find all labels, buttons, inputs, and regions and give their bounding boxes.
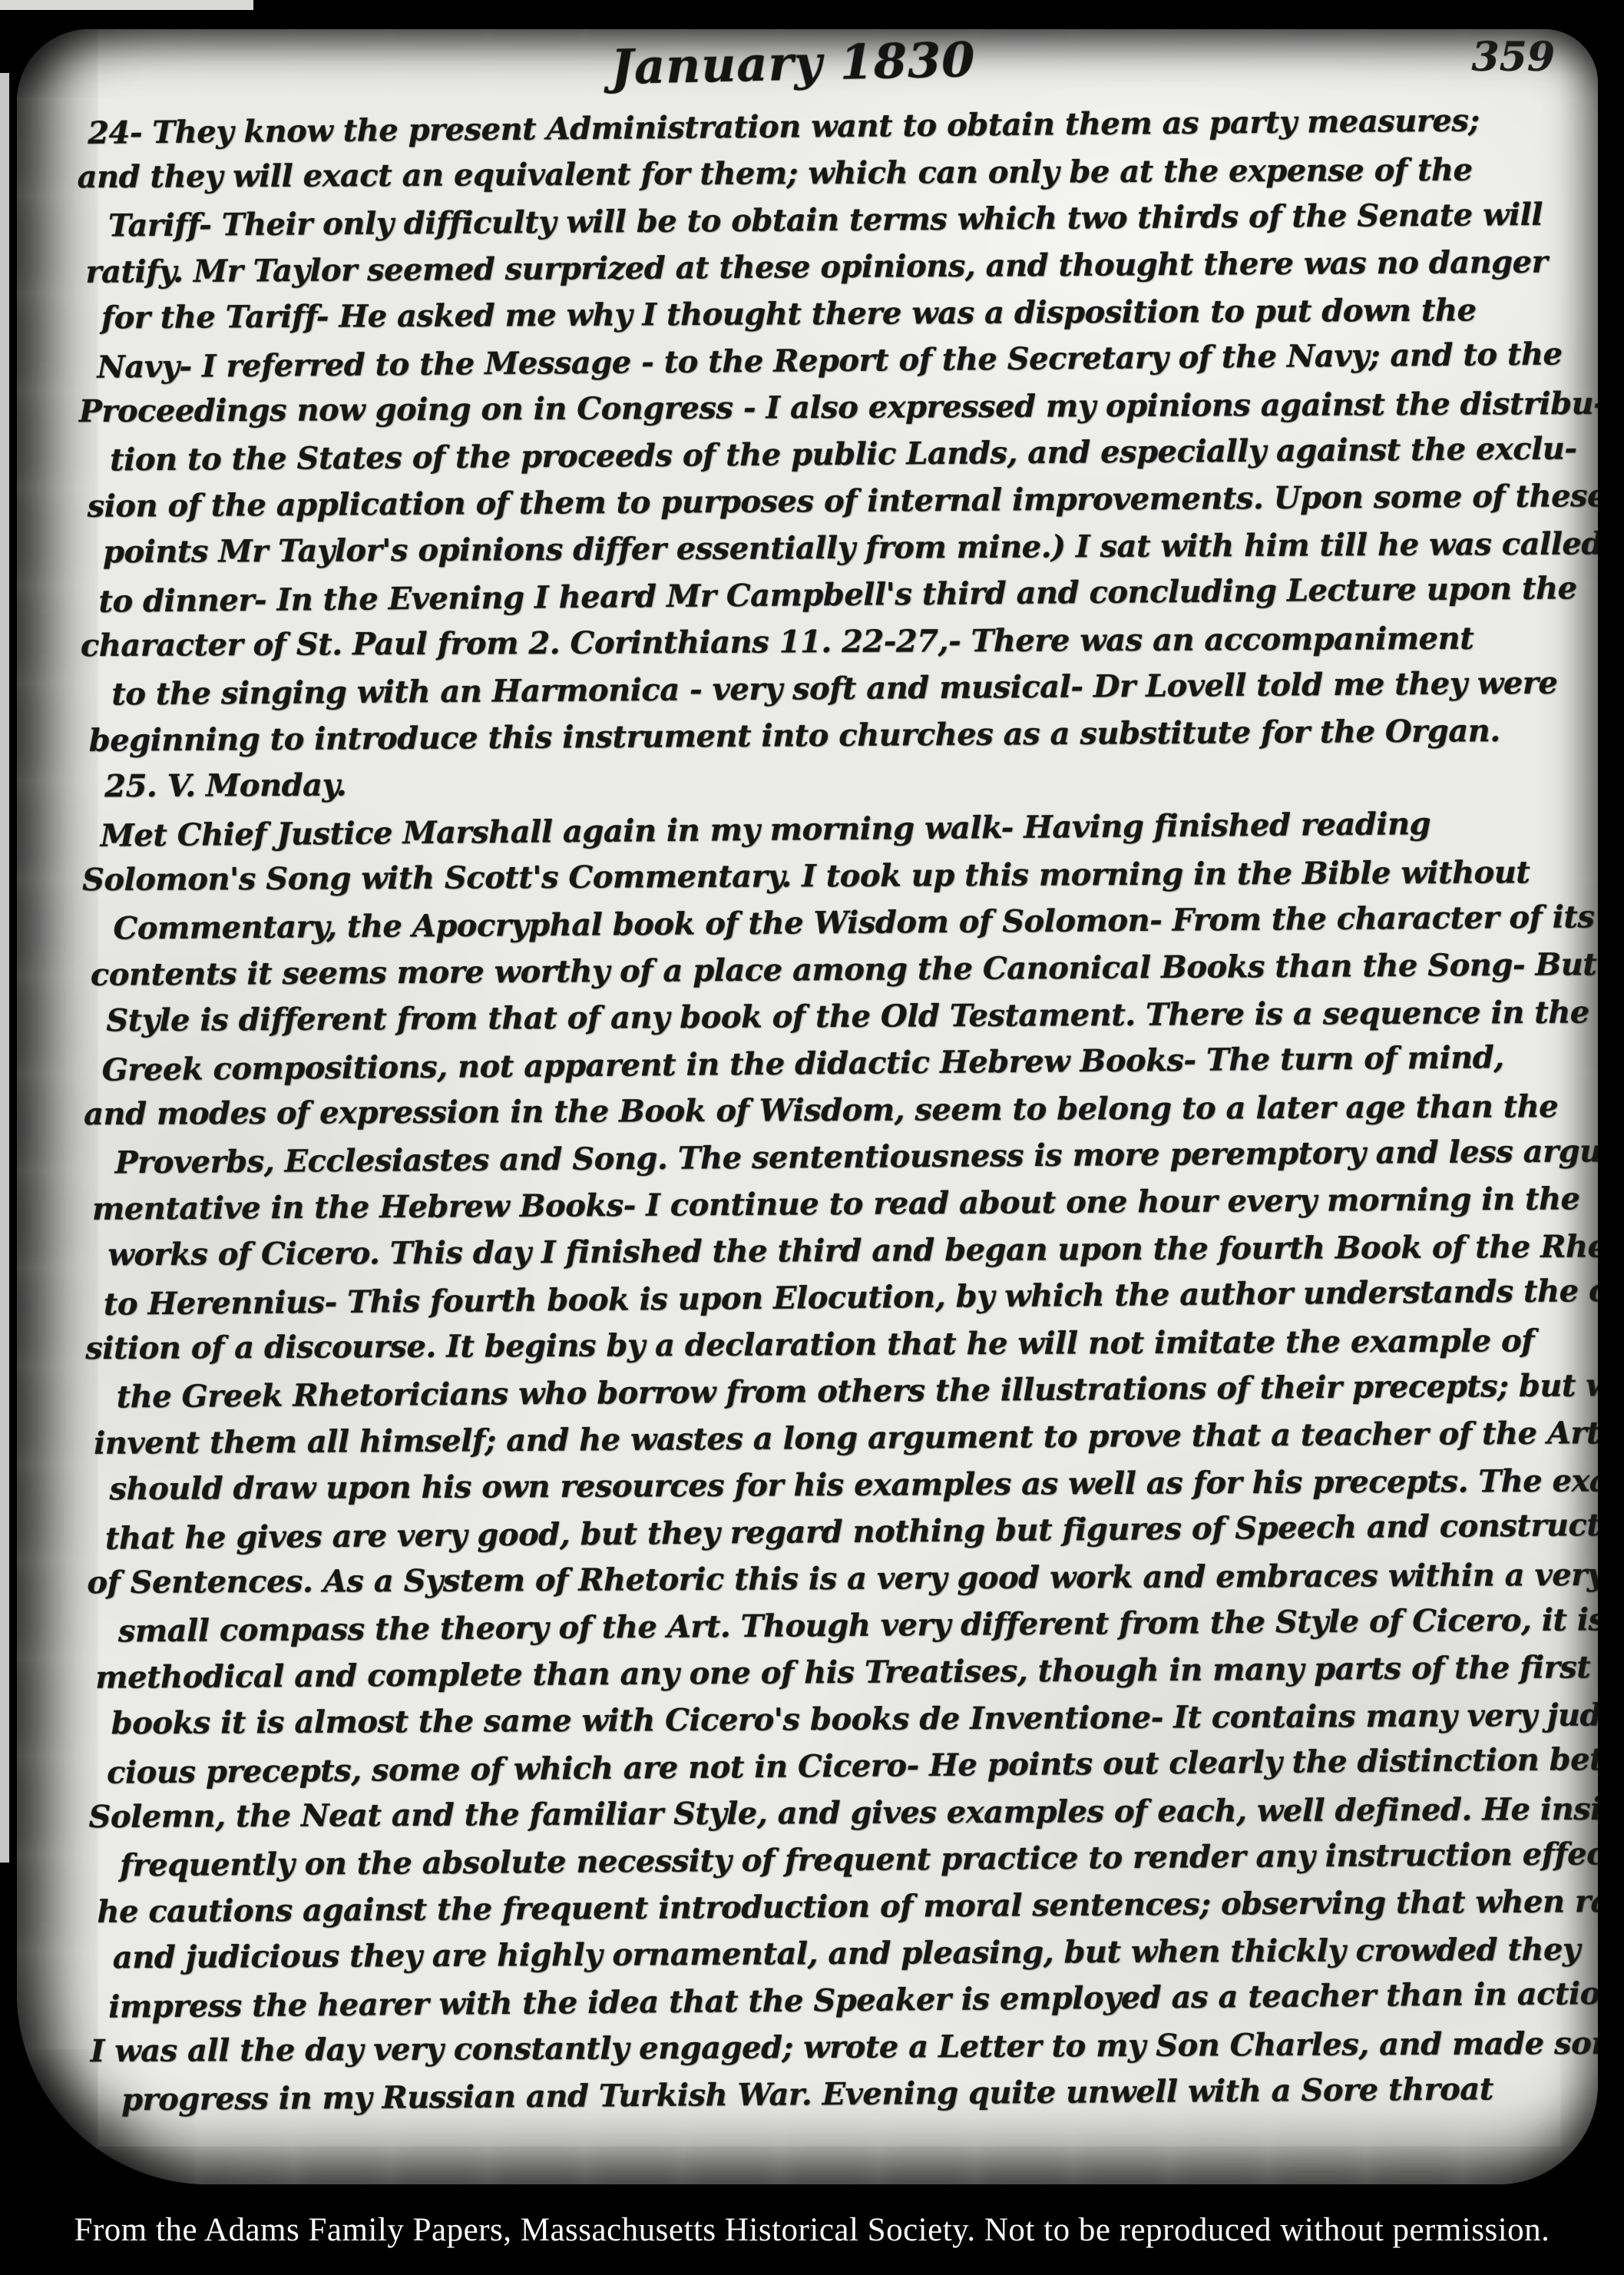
footer-credit-band: From the Adams Family Papers, Massachuse… xyxy=(0,2184,1624,2275)
footer-credit: From the Adams Family Papers, Massachuse… xyxy=(74,2211,1550,2249)
scanner-edge-left xyxy=(0,73,9,1863)
page-number: 359 xyxy=(1471,34,1555,81)
page-header-date: January 1830 xyxy=(610,31,975,95)
scanner-edge-top xyxy=(0,0,253,10)
manuscript-body: 24- They know the present Administration… xyxy=(17,97,1598,2124)
page-header: January 1830 359 xyxy=(17,29,1598,108)
manuscript-page: January 1830 359 24- They know the prese… xyxy=(17,29,1598,2184)
manuscript-scan: January 1830 359 24- They know the prese… xyxy=(0,0,1624,2275)
manuscript-line: progress in my Russian and Turkish War. … xyxy=(121,2065,1598,2124)
